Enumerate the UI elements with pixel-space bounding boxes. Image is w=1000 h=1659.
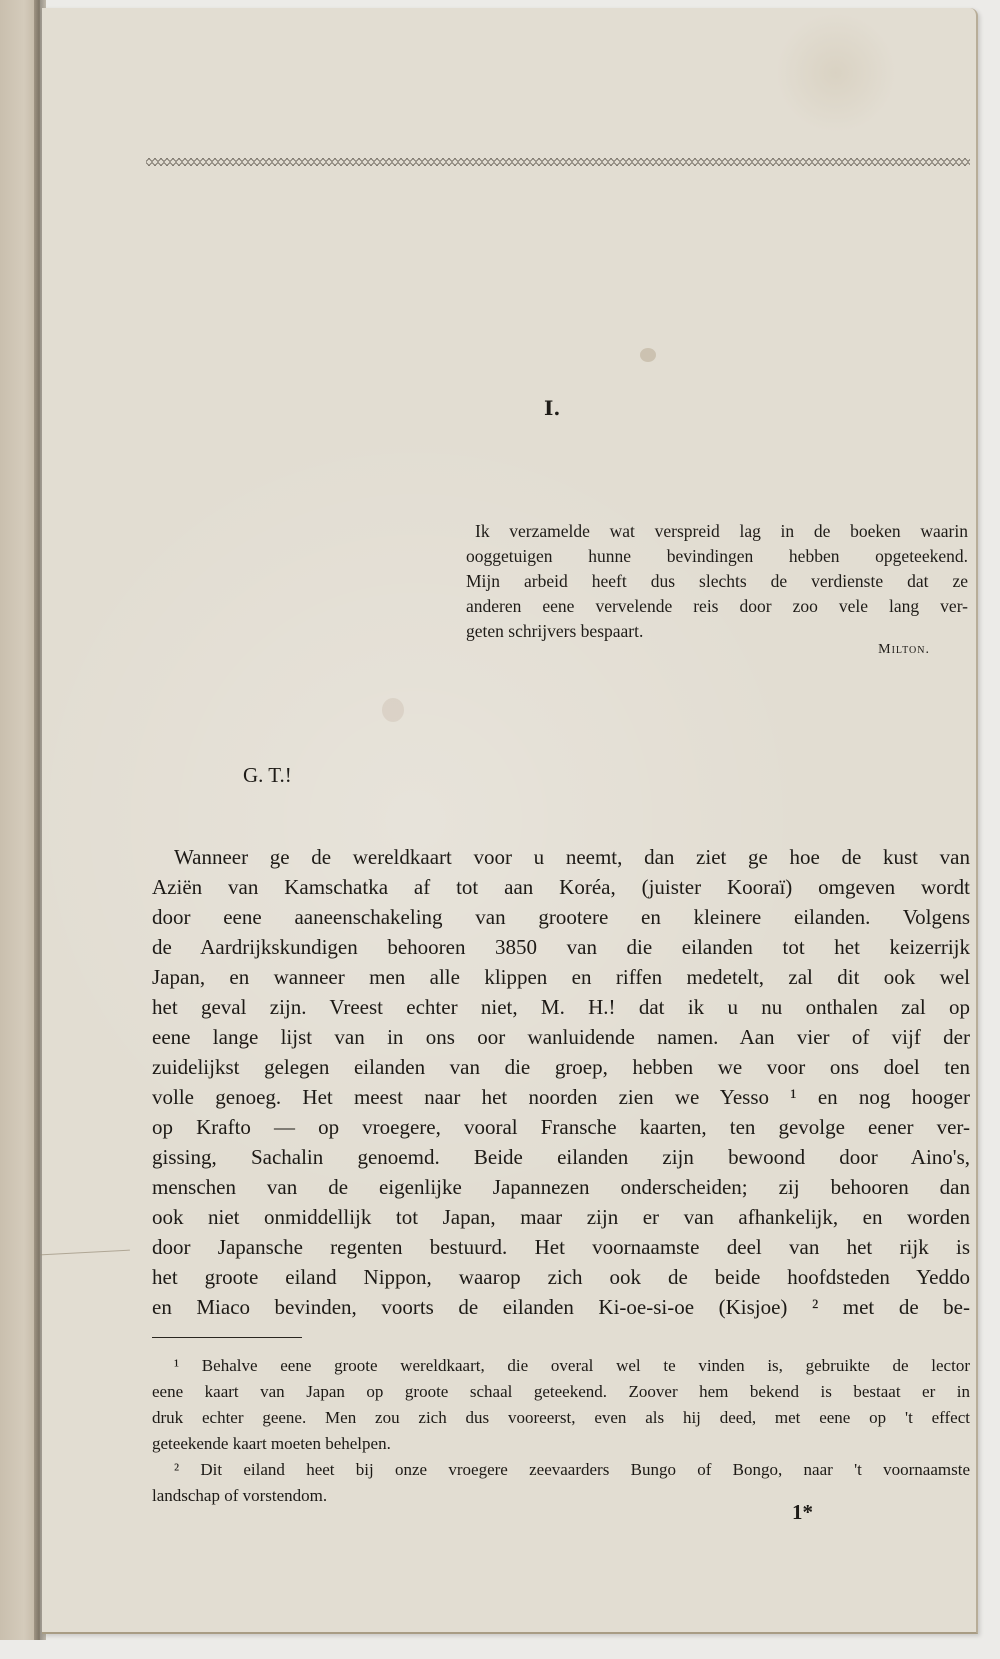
- footnote-separator: [152, 1337, 302, 1338]
- body-line: volle genoeg. Het meest naar het noorden…: [152, 1082, 970, 1112]
- epigraph-line: geten schrijvers bespaart.: [466, 619, 968, 644]
- footnote-line: ¹ Behalve eene groote wereldkaart, die o…: [152, 1353, 970, 1379]
- body-line: het geval zijn. Vreest echter niet, M. H…: [152, 992, 970, 1022]
- body-line: ook niet onmiddellijk tot Japan, maar zi…: [152, 1202, 970, 1232]
- signature-mark: 1*: [792, 1500, 813, 1525]
- body-line: zuidelijkst gelegen eilanden van die gro…: [152, 1052, 970, 1082]
- epigraph-line: Mijn arbeid heeft dus slechts de verdien…: [466, 569, 968, 594]
- epigraph-attribution: Milton.: [878, 642, 930, 658]
- paper-stain: [640, 348, 656, 362]
- body-line: Wanneer ge de wereldkaart voor u neemt, …: [152, 842, 970, 872]
- salutation: G. T.!: [243, 763, 292, 788]
- body-line: en Miaco bevinden, voorts de eilanden Ki…: [152, 1292, 970, 1322]
- epigraph-line: ooggetuigen hunne bevindingen hebben opg…: [466, 544, 968, 569]
- body-line: op Krafto — op vroegere, vooral Fransche…: [152, 1112, 970, 1142]
- body-line: Aziën van Kamschatka af tot aan Koréa, (…: [152, 872, 970, 902]
- footnote-line: ² Dit eiland heet bij onze vroegere zeev…: [152, 1457, 970, 1483]
- body-line: door eene aaneenschakeling van grootere …: [152, 902, 970, 932]
- footnote-line: geteekende kaart moeten behelpen.: [152, 1431, 970, 1457]
- body-line: gissing, Sachalin genoemd. Beide eilande…: [152, 1142, 970, 1172]
- body-line: door Japansche regenten bestuurd. Het vo…: [152, 1232, 970, 1262]
- body-line: Japan, en wanneer men alle klippen en ri…: [152, 962, 970, 992]
- header-wavy-rule: [146, 158, 970, 166]
- footnote-line: druk echter geene. Men zou zich dus voor…: [152, 1405, 970, 1431]
- paper-stain: [382, 698, 404, 722]
- body-line: de Aardrijkskundigen behooren 3850 van d…: [152, 932, 970, 962]
- epigraph: Ik verzamelde wat verspreid lag in de bo…: [466, 519, 968, 644]
- footnotes: ¹ Behalve eene groote wereldkaart, die o…: [152, 1353, 970, 1509]
- body-paragraph: Wanneer ge de wereldkaart voor u neemt, …: [152, 842, 970, 1322]
- footnote-line: eene kaart van Japan op groote schaal ge…: [152, 1379, 970, 1405]
- epigraph-line: anderen eene vervelende reis door zoo ve…: [466, 594, 968, 619]
- chapter-number: I.: [544, 396, 560, 420]
- footnote-line: landschap of vorstendom.: [152, 1483, 970, 1509]
- epigraph-line: Ik verzamelde wat verspreid lag in de bo…: [466, 519, 968, 544]
- body-line: menschen van de eigenlijke Japannezen on…: [152, 1172, 970, 1202]
- body-line: het groote eiland Nippon, waarop zich oo…: [152, 1262, 970, 1292]
- body-line: eene lange lijst van in ons oor wanluide…: [152, 1022, 970, 1052]
